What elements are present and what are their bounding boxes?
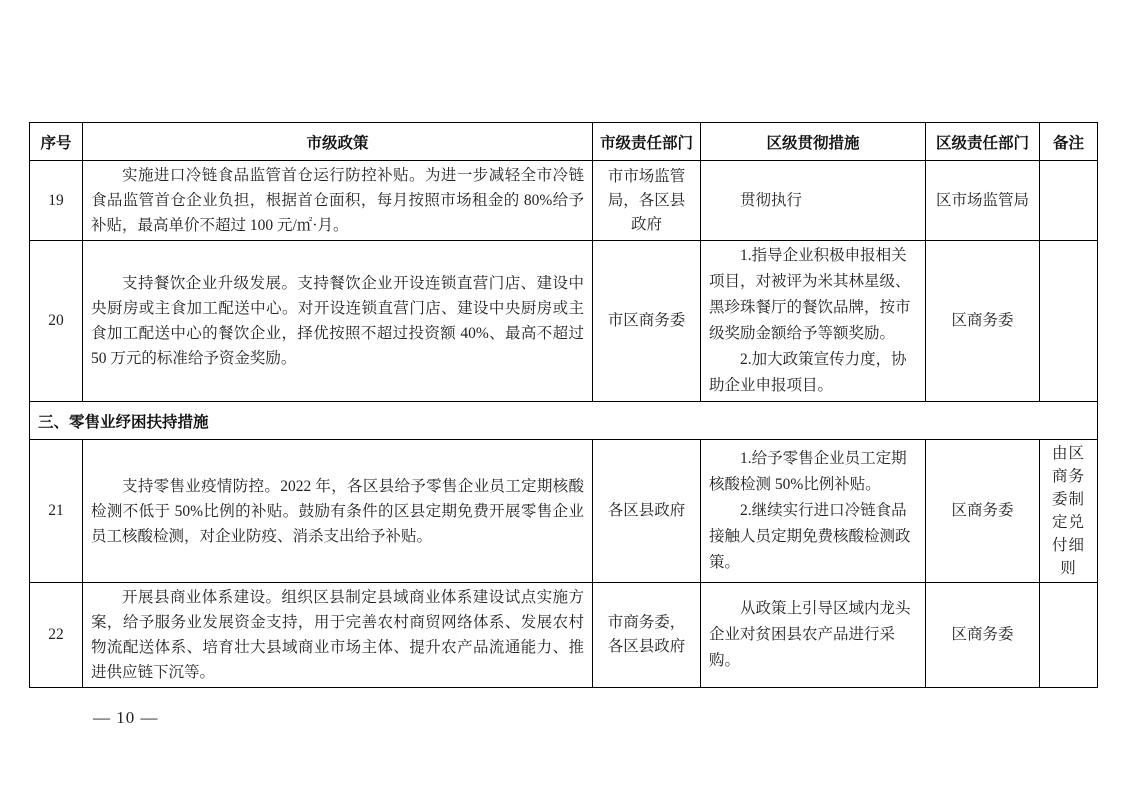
table-row: 20 支持餐饮企业升级发展。支持餐饮企业开设连锁直营门店、建设中央厨房或主食加工… bbox=[30, 241, 1098, 402]
policy-text: 实施进口冷链食品监管首仓运行防控补贴。为进一步减轻全市冷链食品监管首仓企业负担，… bbox=[91, 163, 584, 238]
measure-text: 贯彻执行 bbox=[709, 188, 917, 214]
col-header-city-policy: 市级政策 bbox=[83, 123, 593, 161]
city-dept-cell: 市区商务委 bbox=[593, 241, 701, 402]
table-row: 19 实施进口冷链食品监管首仓运行防控补贴。为进一步减轻全市冷链食品监管首仓企业… bbox=[30, 161, 1098, 241]
page-number: — 10 — bbox=[93, 708, 159, 728]
measure-text: 1.指导企业积极申报相关项目，对被评为米其林星级、黑珍珠餐厅的餐饮品牌，按市级奖… bbox=[709, 243, 917, 347]
col-header-district-measures: 区级贯彻措施 bbox=[701, 123, 926, 161]
remark-cell bbox=[1040, 241, 1098, 402]
col-header-serial: 序号 bbox=[30, 123, 83, 161]
city-dept-cell: 各区县政府 bbox=[593, 440, 701, 583]
city-dept-cell: 市市场监管局，各区县政府 bbox=[593, 161, 701, 241]
serial-cell: 19 bbox=[30, 161, 83, 241]
policy-text: 开展县商业体系建设。组织区县制定县域商业体系建设试点实施方案，给予服务业发展资金… bbox=[91, 585, 584, 685]
district-dept-cell: 区商务委 bbox=[926, 241, 1040, 402]
section-header-row: 三、零售业纾困扶持措施 bbox=[30, 402, 1098, 440]
section-title: 三、零售业纾困扶持措施 bbox=[30, 402, 1098, 440]
policy-text: 支持餐饮企业升级发展。支持餐饮企业开设连锁直营门店、建设中央厨房或主食加工配送中… bbox=[91, 271, 584, 371]
serial-cell: 21 bbox=[30, 440, 83, 583]
policy-text: 支持零售业疫情防控。2022 年，各区县给予零售企业员工定期核酸检测不低于 50… bbox=[91, 474, 584, 549]
policy-cell: 支持零售业疫情防控。2022 年，各区县给予零售企业员工定期核酸检测不低于 50… bbox=[83, 440, 593, 583]
policy-table: 序号 市级政策 市级责任部门 区级贯彻措施 区级责任部门 备注 19 实施进口冷… bbox=[29, 122, 1098, 688]
measure-text: 2.继续实行进口冷链食品接触人员定期免费核酸检测政策。 bbox=[709, 498, 917, 576]
col-header-city-dept: 市级责任部门 bbox=[593, 123, 701, 161]
city-dept-cell: 市商务委，各区县政府 bbox=[593, 583, 701, 688]
policy-cell: 支持餐饮企业升级发展。支持餐饮企业开设连锁直营门店、建设中央厨房或主食加工配送中… bbox=[83, 241, 593, 402]
district-measures-cell: 1.指导企业积极申报相关项目，对被评为米其林星级、黑珍珠餐厅的餐饮品牌，按市级奖… bbox=[701, 241, 926, 402]
measure-text: 2.加大政策宣传力度，协助企业申报项目。 bbox=[709, 347, 917, 399]
policy-cell: 实施进口冷链食品监管首仓运行防控补贴。为进一步减轻全市冷链食品监管首仓企业负担，… bbox=[83, 161, 593, 241]
col-header-remark: 备注 bbox=[1040, 123, 1098, 161]
district-dept-cell: 区商务委 bbox=[926, 440, 1040, 583]
measure-text: 从政策上引导区域内龙头企业对贫困县农产品进行采购。 bbox=[709, 596, 917, 674]
remark-cell: 由区商务委制定兑付细则 bbox=[1040, 440, 1098, 583]
district-measures-cell: 从政策上引导区域内龙头企业对贫困县农产品进行采购。 bbox=[701, 583, 926, 688]
document-page: 序号 市级政策 市级责任部门 区级贯彻措施 区级责任部门 备注 19 实施进口冷… bbox=[0, 0, 1123, 794]
policy-cell: 开展县商业体系建设。组织区县制定县域商业体系建设试点实施方案，给予服务业发展资金… bbox=[83, 583, 593, 688]
table-header-row: 序号 市级政策 市级责任部门 区级贯彻措施 区级责任部门 备注 bbox=[30, 123, 1098, 161]
table-row: 22 开展县商业体系建设。组织区县制定县域商业体系建设试点实施方案，给予服务业发… bbox=[30, 583, 1098, 688]
district-measures-cell: 贯彻执行 bbox=[701, 161, 926, 241]
table-row: 21 支持零售业疫情防控。2022 年，各区县给予零售企业员工定期核酸检测不低于… bbox=[30, 440, 1098, 583]
serial-cell: 20 bbox=[30, 241, 83, 402]
serial-cell: 22 bbox=[30, 583, 83, 688]
remark-cell bbox=[1040, 161, 1098, 241]
remark-cell bbox=[1040, 583, 1098, 688]
district-dept-cell: 区商务委 bbox=[926, 583, 1040, 688]
measure-text: 1.给予零售企业员工定期核酸检测 50%比例补贴。 bbox=[709, 446, 917, 498]
col-header-district-dept: 区级责任部门 bbox=[926, 123, 1040, 161]
district-measures-cell: 1.给予零售企业员工定期核酸检测 50%比例补贴。 2.继续实行进口冷链食品接触… bbox=[701, 440, 926, 583]
district-dept-cell: 区市场监管局 bbox=[926, 161, 1040, 241]
